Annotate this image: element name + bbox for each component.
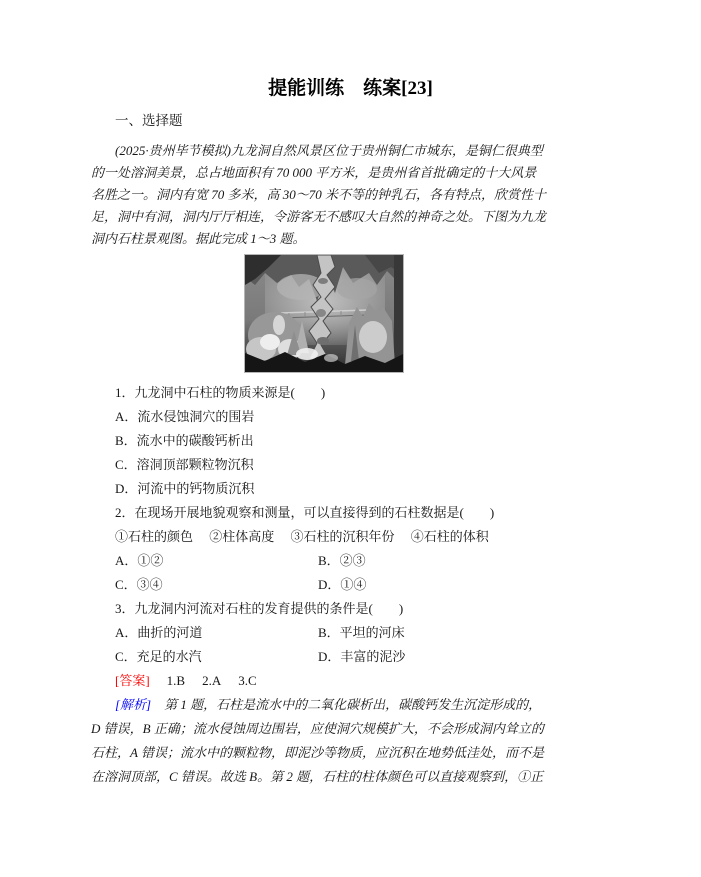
cave-photo [245, 255, 403, 372]
answer-item-3: 3.C [238, 673, 256, 688]
answer-item-1: 1.B [167, 673, 185, 688]
intro-line: 名胜之一。洞内有宽 70 多米，高 30～70 米不等的钟乳石，各有特点，欣赏性… [91, 184, 610, 206]
analysis-line: [解析]第 1 题，石柱是流水中的二氧化碳析出，碳酸钙发生沉淀形成的， [91, 693, 610, 717]
q3-option-row-1: A．曲折的河道B．平坦的河床 [91, 621, 610, 645]
q3-option-b: B．平坦的河床 [318, 625, 405, 640]
q1-option-d: D．河流中的钙物质沉积 [91, 477, 610, 501]
analysis-line: 石柱，A 错误；流水中的颗粒物，即泥沙等物质，应沉积在地势低洼处，而不是 [91, 741, 610, 765]
intro-paragraph: (2025·贵州毕节模拟)九龙洞自然风景区位于贵州铜仁市城东，是铜仁很典型 的一… [91, 140, 610, 250]
analysis-text: 第 1 题，石柱是流水中的二氧化碳析出，碳酸钙发生沉淀形成的， [164, 697, 541, 712]
question-1-stem: 九龙洞中石柱的物质来源是( ) [135, 385, 326, 400]
cave-photo-figure [245, 255, 403, 372]
question-3: 3．九龙洞内河流对石柱的发育提供的条件是( ) [91, 597, 610, 621]
question-1-number: 1． [115, 385, 135, 400]
intro-line: 的一处溶洞美景，总占地面积有 70 000 平方米，是贵州省首批确定的十大风景 [91, 162, 610, 184]
page-content: 提能训练 练案[23] 一、选择题 (2025·贵州毕节模拟)九龙洞自然风景区位… [0, 0, 701, 789]
q3-option-a: A．曲折的河道 [115, 621, 318, 645]
q1-option-b: B．流水中的碳酸钙析出 [91, 429, 610, 453]
question-2-number: 2． [115, 505, 135, 520]
answer-label: [答案] [115, 673, 150, 688]
question-3-stem: 九龙洞内河流对石柱的发育提供的条件是( ) [135, 601, 404, 616]
question-block: 1．九龙洞中石柱的物质来源是( ) A．流水侵蚀洞穴的围岩 B．流水中的碳酸钙析… [91, 381, 610, 789]
q3-option-row-2: C．充足的水汽D．丰富的泥沙 [91, 645, 610, 669]
q1-option-c: C．溶洞顶部颗粒物沉积 [91, 453, 610, 477]
intro-line: 足，洞中有洞，洞内厅厅相连，令游客无不感叹大自然的神奇之处。下图为九龙 [91, 206, 610, 228]
question-1: 1．九龙洞中石柱的物质来源是( ) [91, 381, 610, 405]
intro-line: (2025·贵州毕节模拟)九龙洞自然风景区位于贵州铜仁市城东，是铜仁很典型 [91, 140, 610, 162]
q3-option-d: D．丰富的泥沙 [318, 649, 405, 664]
intro-line: 洞内石柱景观图。据此完成 1～3 题。 [91, 228, 610, 250]
document-page: 提能训练 练案[23] 一、选择题 (2025·贵州毕节模拟)九龙洞自然风景区位… [0, 0, 701, 877]
analysis-paragraph: [解析]第 1 题，石柱是流水中的二氧化碳析出，碳酸钙发生沉淀形成的， D 错误… [91, 693, 610, 789]
q2-sub-items: ①石柱的颜色 ②柱体高度 ③石柱的沉积年份 ④石柱的体积 [91, 525, 610, 549]
q2-option-row-2: C．③④D．①④ [91, 573, 610, 597]
q3-option-c: C．充足的水汽 [115, 645, 318, 669]
q2-option-c: C．③④ [115, 573, 318, 597]
section-heading: 一、选择题 [91, 110, 610, 132]
q2-option-d: D．①④ [318, 577, 366, 592]
question-3-number: 3． [115, 601, 135, 616]
answer-line: [答案]1.B2.A3.C [91, 669, 610, 693]
q2-option-row-1: A．①②B．②③ [91, 549, 610, 573]
analysis-line: 在溶洞顶部，C 错误。故选 B。第 2 题，石柱的柱体颜色可以直接观察到，①正 [91, 765, 610, 789]
analysis-label: [解析] [115, 697, 151, 712]
q2-option-a: A．①② [115, 549, 318, 573]
question-2-stem: 在现场开展地貌观察和测量，可以直接得到的石柱数据是( ) [135, 505, 495, 520]
q1-option-a: A．流水侵蚀洞穴的围岩 [91, 405, 610, 429]
q2-option-b: B．②③ [318, 553, 366, 568]
question-2: 2．在现场开展地貌观察和测量，可以直接得到的石柱数据是( ) [91, 501, 610, 525]
answer-item-2: 2.A [202, 673, 221, 688]
page-title: 提能训练 练案[23] [91, 0, 610, 100]
analysis-line: D 错误，B 正确；流水侵蚀周边围岩，应使洞穴规模扩大，不会形成洞内耸立的 [91, 717, 610, 741]
